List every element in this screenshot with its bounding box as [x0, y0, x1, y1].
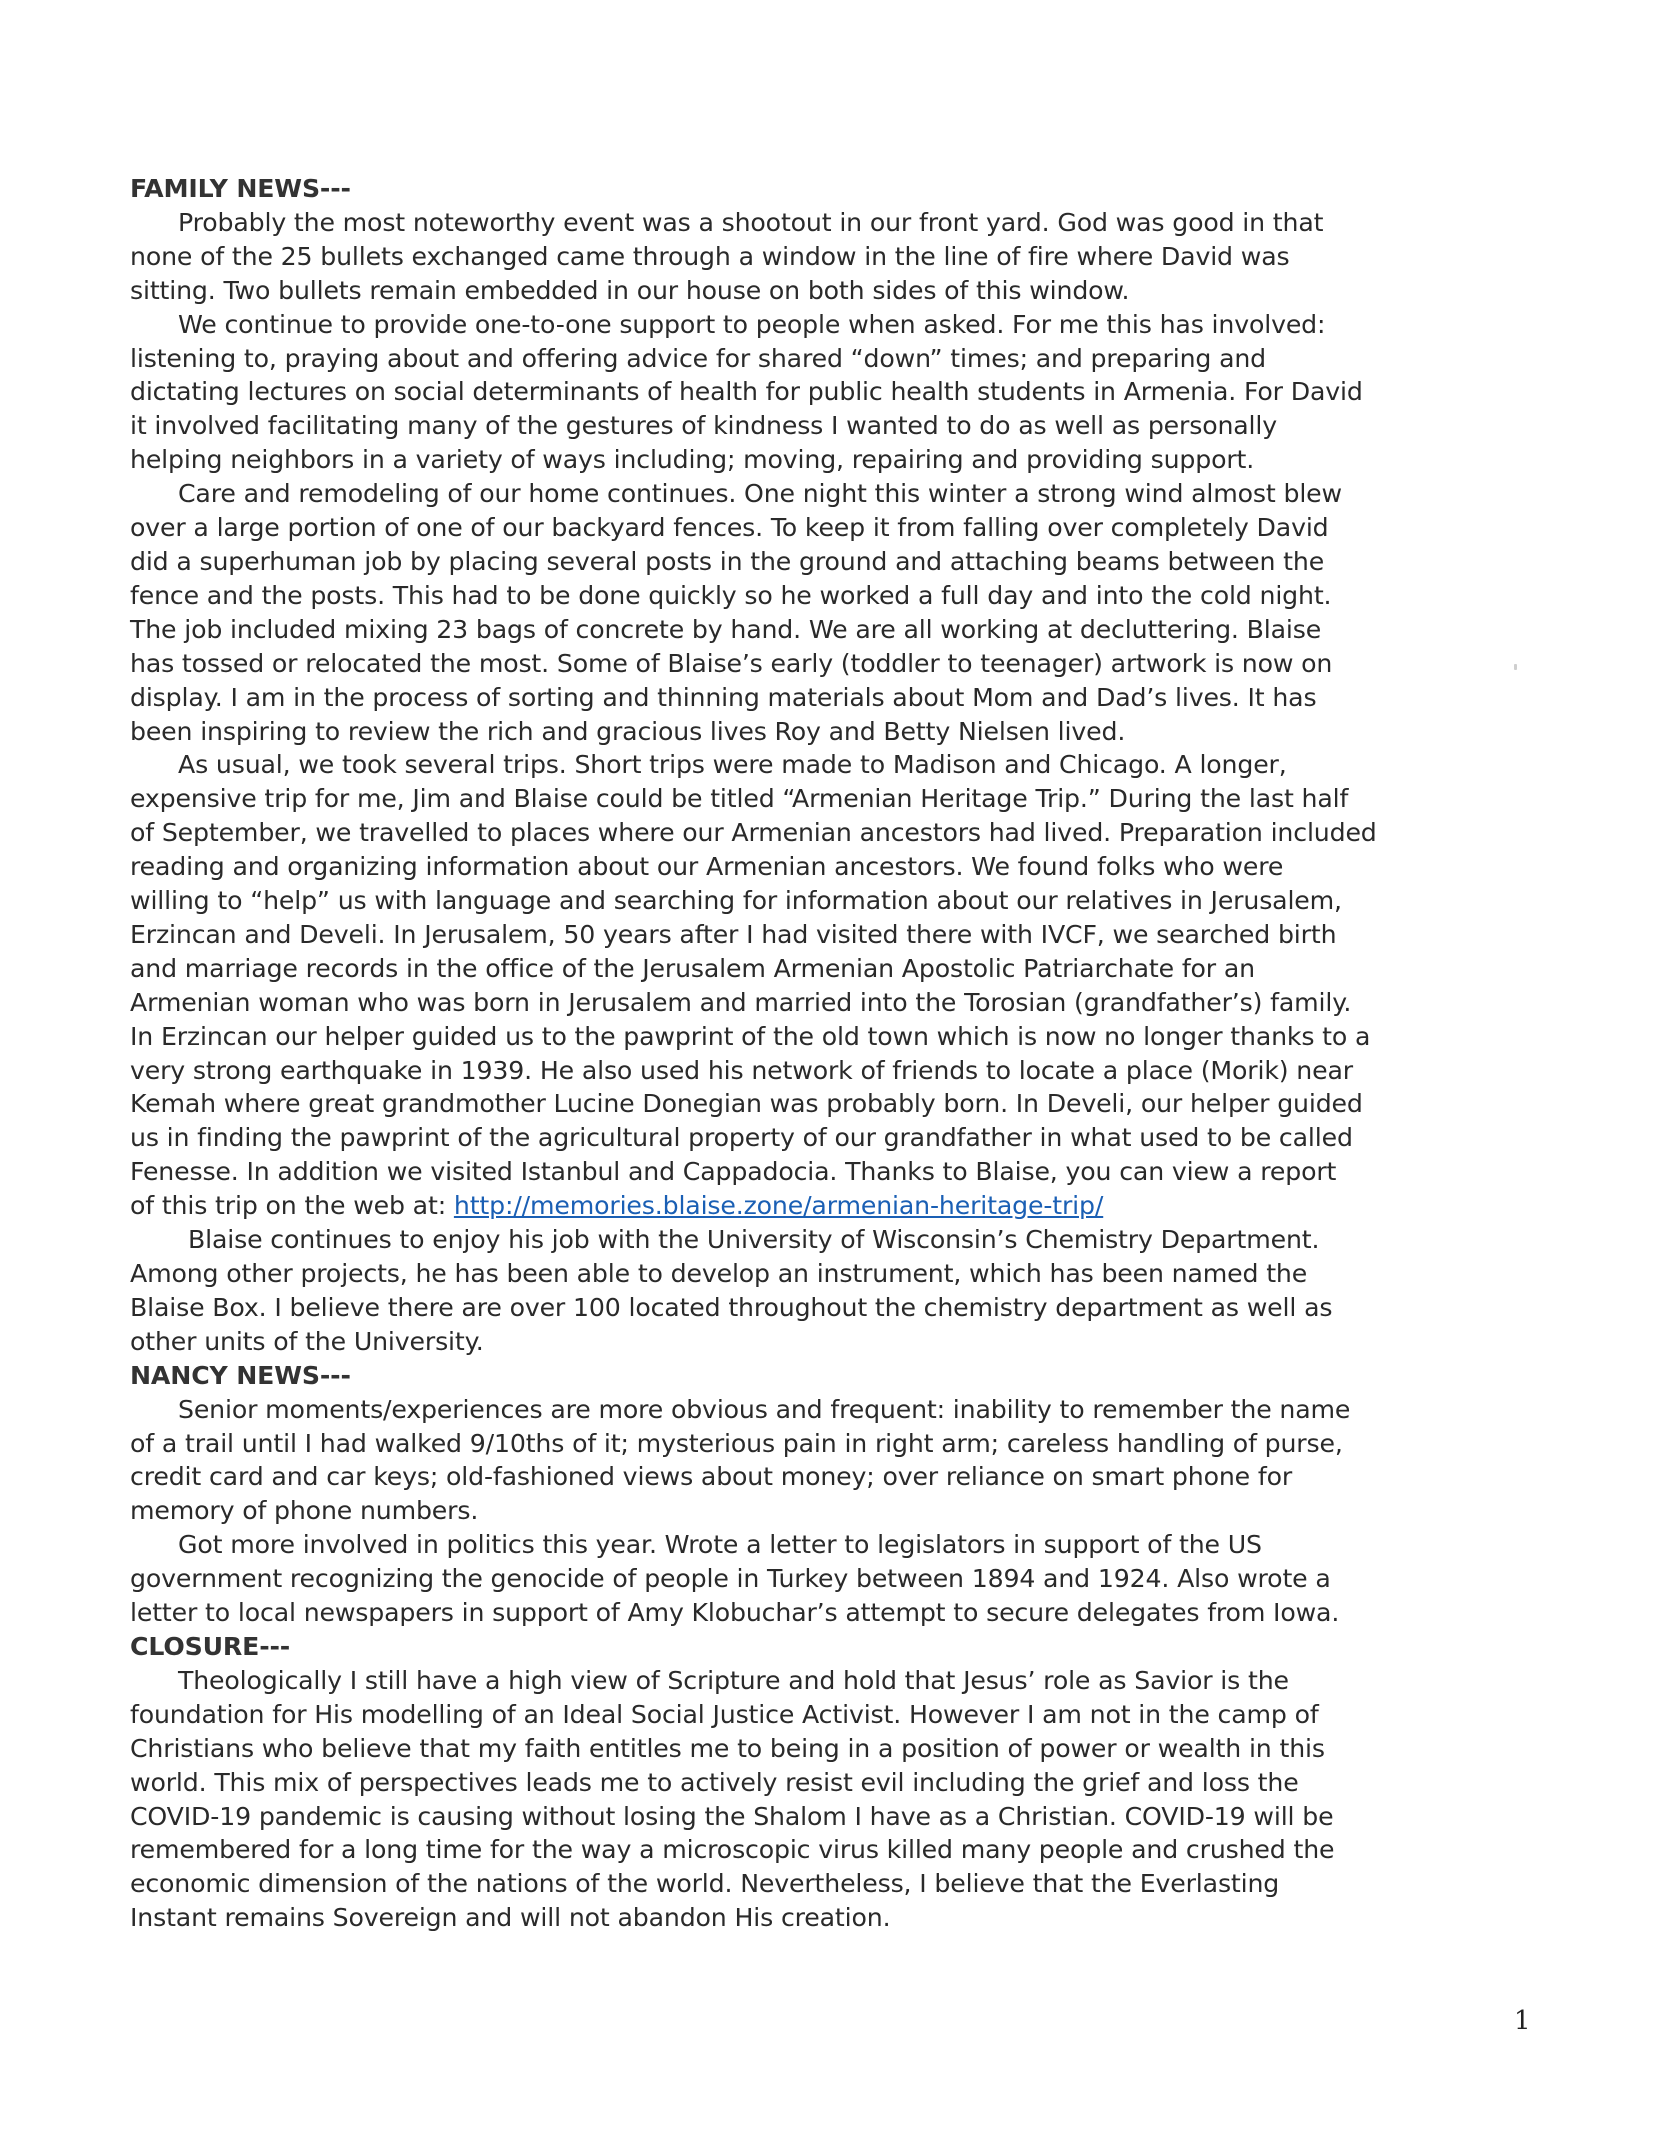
text-line: As usual, we took several trips. Short t… — [130, 748, 1535, 782]
text-line: over a large portion of one of our backy… — [130, 511, 1535, 545]
text-line: Blaise continues to enjoy his job with t… — [130, 1223, 1535, 1257]
text-line: COVID-19 pandemic is causing without los… — [130, 1800, 1535, 1834]
link-prefix-text: of this trip on the web at: — [130, 1191, 454, 1220]
text-line: very strong earthquake in 1939. He also … — [130, 1054, 1535, 1088]
text-line: reading and organizing information about… — [130, 850, 1535, 884]
text-line: has tossed or relocated the most. Some o… — [130, 647, 1535, 681]
paragraph-senior-moments: Senior moments/experiences are more obvi… — [130, 1393, 1535, 1529]
text-line: memory of phone numbers. — [130, 1494, 1535, 1528]
text-line: did a superhuman job by placing several … — [130, 545, 1535, 579]
section-heading-nancy-news: NANCY NEWS--- — [130, 1359, 1535, 1393]
text-line: listening to, praying about and offering… — [130, 342, 1535, 376]
paragraph-support: We continue to provide one-to-one suppor… — [130, 308, 1535, 478]
text-line: sitting. Two bullets remain embedded in … — [130, 274, 1535, 308]
text-line: display. I am in the process of sorting … — [130, 681, 1535, 715]
text-line: none of the 25 bullets exchanged came th… — [130, 240, 1535, 274]
section-heading-closure: CLOSURE--- — [130, 1630, 1535, 1664]
text-line: willing to “help” us with language and s… — [130, 884, 1535, 918]
armenian-heritage-trip-link[interactable]: http://memories.blaise.zone/armenian-her… — [454, 1191, 1103, 1220]
text-line: Erzincan and Develi. In Jerusalem, 50 ye… — [130, 918, 1535, 952]
text-line: Instant remains Sovereign and will not a… — [130, 1901, 1535, 1935]
text-line: it involved facilitating many of the ges… — [130, 409, 1535, 443]
paragraph-politics: Got more involved in politics this year.… — [130, 1528, 1535, 1630]
text-line: Christians who believe that my faith ent… — [130, 1732, 1535, 1766]
text-line: of September, we travelled to places whe… — [130, 816, 1535, 850]
text-line: been inspiring to review the rich and gr… — [130, 715, 1535, 749]
text-line: We continue to provide one-to-one suppor… — [130, 308, 1535, 342]
text-line: fence and the posts. This had to be done… — [130, 579, 1535, 613]
text-line: Kemah where great grandmother Lucine Don… — [130, 1087, 1535, 1121]
text-line: credit card and car keys; old-fashioned … — [130, 1460, 1535, 1494]
text-line: Blaise Box. I believe there are over 100… — [130, 1291, 1535, 1325]
text-line: Got more involved in politics this year.… — [130, 1528, 1535, 1562]
text-line: and marriage records in the office of th… — [130, 952, 1535, 986]
text-line: Senior moments/experiences are more obvi… — [130, 1393, 1535, 1427]
paragraph-shootout: Probably the most noteworthy event was a… — [130, 206, 1535, 308]
text-line: other units of the University. — [130, 1325, 1535, 1359]
paragraph-blaise-job: Blaise continues to enjoy his job with t… — [130, 1223, 1535, 1359]
text-line: Theologically I still have a high view o… — [130, 1664, 1535, 1698]
page-number: 1 — [1514, 2006, 1531, 2036]
text-line: foundation for His modelling of an Ideal… — [130, 1698, 1535, 1732]
text-line: government recognizing the genocide of p… — [130, 1562, 1535, 1596]
text-line: The job included mixing 23 bags of concr… — [130, 613, 1535, 647]
paragraph-theology: Theologically I still have a high view o… — [130, 1664, 1535, 1935]
scan-artifact — [1514, 664, 1517, 670]
document-page: FAMILY NEWS--- Probably the most notewor… — [130, 172, 1535, 1935]
text-line: economic dimension of the nations of the… — [130, 1867, 1535, 1901]
text-line: helping neighbors in a variety of ways i… — [130, 443, 1535, 477]
text-line: Care and remodeling of our home continue… — [130, 477, 1535, 511]
text-line-with-link: of this trip on the web at: http://memor… — [130, 1189, 1535, 1223]
text-line: Among other projects, he has been able t… — [130, 1257, 1535, 1291]
text-line: of a trail until I had walked 9/10ths of… — [130, 1427, 1535, 1461]
text-line: Fenesse. In addition we visited Istanbul… — [130, 1155, 1535, 1189]
paragraph-trips: As usual, we took several trips. Short t… — [130, 748, 1535, 1223]
section-heading-family-news: FAMILY NEWS--- — [130, 172, 1535, 206]
text-line: dictating lectures on social determinant… — [130, 375, 1535, 409]
text-line: Probably the most noteworthy event was a… — [130, 206, 1535, 240]
text-line: remembered for a long time for the way a… — [130, 1833, 1535, 1867]
text-line: us in finding the pawprint of the agricu… — [130, 1121, 1535, 1155]
text-line: Armenian woman who was born in Jerusalem… — [130, 986, 1535, 1020]
text-line: In Erzincan our helper guided us to the … — [130, 1020, 1535, 1054]
paragraph-home-remodeling: Care and remodeling of our home continue… — [130, 477, 1535, 748]
text-line: letter to local newspapers in support of… — [130, 1596, 1535, 1630]
text-line: world. This mix of perspectives leads me… — [130, 1766, 1535, 1800]
text-line: expensive trip for me, Jim and Blaise co… — [130, 782, 1535, 816]
